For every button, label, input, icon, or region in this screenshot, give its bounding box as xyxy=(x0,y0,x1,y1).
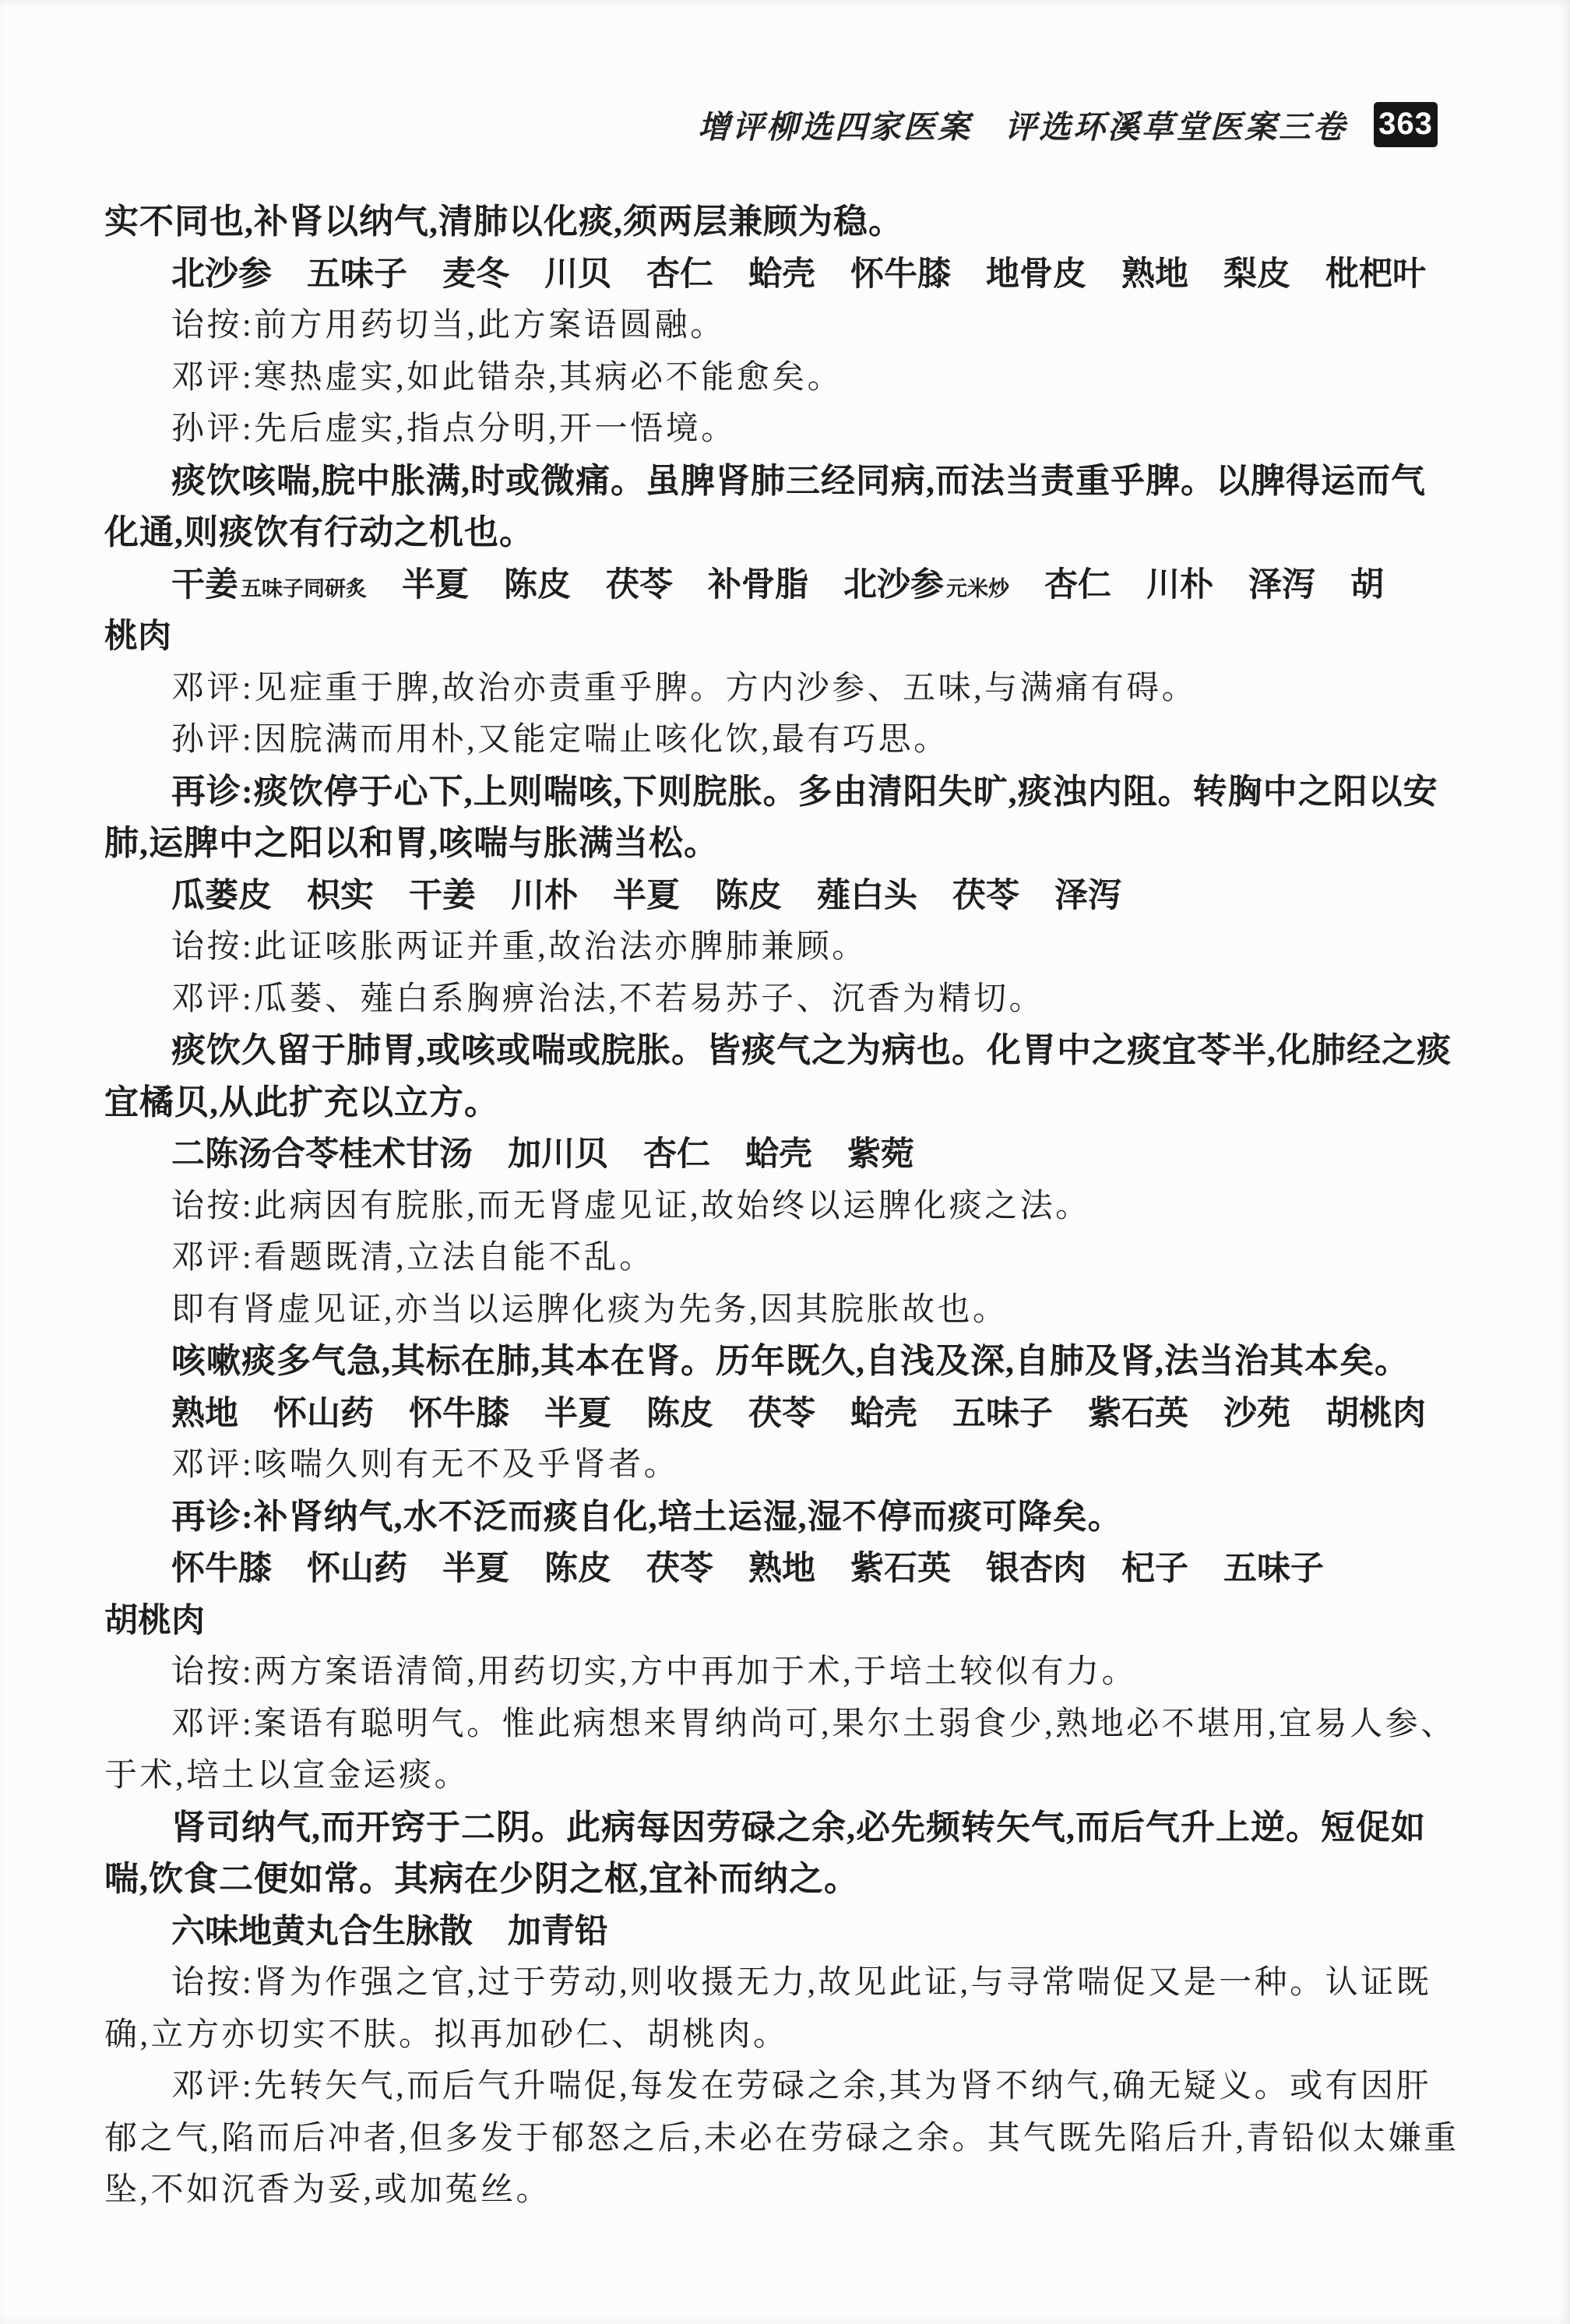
text-line: 孙评:先后虚实,指点分明,开一悟境。 xyxy=(104,403,1480,456)
text-line: 再诊:补肾纳气,水不泛而痰自化,培土运湿,湿不停而痰可降矣。 xyxy=(104,1491,1480,1544)
page-body: 实不同也,补肾以纳气,清肺以化痰,须两层兼顾为稳。北沙参五味子麦冬川贝杏仁蛤壳怀… xyxy=(104,196,1480,2217)
drug-item: 泽泻 xyxy=(1248,566,1315,604)
drug-item: 杏仁 xyxy=(646,255,713,293)
drug-item: 补骨脂 xyxy=(708,566,808,604)
drug-item: 熟地 xyxy=(1121,255,1188,293)
drug-line: 北沙参五味子麦冬川贝杏仁蛤壳怀牛膝地骨皮熟地梨皮枇杷叶 xyxy=(104,248,1480,301)
drug-item: 陈皮 xyxy=(715,877,782,914)
text-line: 诒按:此病因有脘胀,而无肾虚见证,故始终以运脾化痰之法。 xyxy=(104,1181,1480,1233)
drug-item: 胡桃肉 xyxy=(1325,1395,1426,1432)
drug-item: 桃肉 xyxy=(104,618,171,655)
text-line: 邓评:案语有聪明气。惟此病想来胃纳尚可,果尔土弱食少,熟地必不堪用,宜易人参、 xyxy=(104,1699,1480,1751)
drug-item: 六味地黄丸合生脉散 xyxy=(171,1913,473,1950)
text-line: 再诊:痰饮停于心下,上则喘咳,下则脘胀。多由清阳失旷,痰浊内阻。转胸中之阳以安 xyxy=(104,766,1480,819)
text-line: 咳嗽痰多气急,其标在肺,其本在肾。历年既久,自浅及深,自肺及肾,法当治其本矣。 xyxy=(104,1336,1480,1388)
text-line: 宜橘贝,从此扩充以立方。 xyxy=(104,1077,1480,1129)
drug-preparation-note: 五味子同研炙 xyxy=(241,577,367,600)
drug-item: 胡桃肉 xyxy=(104,1602,205,1639)
text-line: 诒按:前方用药切当,此方案语圆融。 xyxy=(104,300,1480,352)
text-line: 邓评:瓜蒌、薤白系胸痹治法,不若易苏子、沉香为精切。 xyxy=(104,974,1480,1026)
drug-item: 紫菀 xyxy=(847,1136,914,1173)
drug-item: 熟地 xyxy=(748,1550,815,1587)
drug-item: 加川贝 xyxy=(508,1136,608,1173)
drug-preparation-note: 元米炒 xyxy=(946,577,1009,600)
drug-item: 川朴 xyxy=(511,877,578,914)
text-line: 邓评:寒热虚实,如此错杂,其病必不能愈矣。 xyxy=(104,352,1480,404)
drug-item: 茯苓 xyxy=(748,1395,815,1432)
drug-line: 二陈汤合苓桂术甘汤加川贝杏仁蛤壳紫菀 xyxy=(104,1129,1480,1181)
drug-item: 茯苓 xyxy=(952,877,1019,914)
drug-item: 熟地 xyxy=(171,1395,238,1432)
drug-item: 陈皮 xyxy=(646,1395,713,1432)
drug-item: 半夏 xyxy=(442,1550,509,1587)
drug-item: 地骨皮 xyxy=(986,255,1086,293)
drug-item: 半夏 xyxy=(544,1395,611,1432)
drug-item: 怀山药 xyxy=(273,1395,374,1432)
drug-item: 紫石英 xyxy=(1088,1395,1188,1432)
drug-item: 五味子 xyxy=(307,255,407,293)
drug-item: 半夏 xyxy=(613,877,680,914)
text-line: 诒按:此证咳胀两证并重,故治法亦脾肺兼顾。 xyxy=(104,921,1480,974)
drug-item: 怀山药 xyxy=(307,1550,407,1587)
drug-item: 蛤壳 xyxy=(748,255,815,293)
drug-item: 半夏 xyxy=(402,566,469,604)
drug-item: 茯苓 xyxy=(606,566,673,604)
drug-line: 六味地黄丸合生脉散加青铅 xyxy=(104,1906,1480,1958)
book-page: 增评柳选四家医案 评选环溪草堂医案三卷 363 实不同也,补肾以纳气,清肺以化痰… xyxy=(0,0,1570,2324)
drug-item: 怀牛膝 xyxy=(409,1395,509,1432)
page-header: 增评柳选四家医案 评选环溪草堂医案三卷 363 xyxy=(698,101,1438,147)
drug-item: 五味子 xyxy=(952,1395,1053,1432)
drug-item: 陈皮 xyxy=(504,566,571,604)
text-line: 确,立方亦切实不肤。拟再加砂仁、胡桃肉。 xyxy=(104,2009,1480,2062)
drug-line: 胡桃肉 xyxy=(104,1595,1480,1647)
drug-item: 胡 xyxy=(1350,566,1384,604)
drug-item: 沙苑 xyxy=(1223,1395,1290,1432)
drug-line: 桃肉 xyxy=(104,611,1480,663)
drug-line: 干姜五味子同研炙半夏陈皮茯苓补骨脂北沙参元米炒杏仁川朴泽泻胡 xyxy=(104,559,1480,611)
text-line: 即有肾虚见证,亦当以运脾化痰为先务,因其脘胀故也。 xyxy=(104,1284,1480,1336)
drug-item: 杏仁 xyxy=(643,1136,710,1173)
drug-item: 北沙参 xyxy=(171,255,272,293)
drug-item: 五味子 xyxy=(1223,1550,1324,1587)
drug-item: 瓜蒌皮 xyxy=(171,877,272,914)
drug-item: 梨皮 xyxy=(1223,255,1290,293)
page-number-badge: 363 xyxy=(1374,102,1438,147)
text-line: 实不同也,补肾以纳气,清肺以化痰,须两层兼顾为稳。 xyxy=(104,196,1480,248)
drug-item: 干姜五味子同研炙 xyxy=(171,566,367,604)
drug-item: 麦冬 xyxy=(442,255,509,293)
text-line: 孙评:因脘满而用朴,又能定喘止咳化饮,最有巧思。 xyxy=(104,714,1480,766)
drug-item: 枇杷叶 xyxy=(1325,255,1426,293)
drug-item: 茯苓 xyxy=(646,1550,713,1587)
drug-item: 枳实 xyxy=(307,877,374,914)
text-line: 郁之气,陷而后冲者,但多发于郁怒之后,未必在劳碌之余。其气既先陷后升,青铅似太嫌… xyxy=(104,2113,1480,2165)
text-line: 肺,运脾中之阳以和胃,咳喘与胀满当松。 xyxy=(104,818,1480,870)
drug-item: 干姜 xyxy=(409,877,476,914)
drug-item: 泽泻 xyxy=(1054,877,1121,914)
header-volume-title: 评选环溪草堂医案三卷 xyxy=(1005,101,1347,147)
drug-line: 熟地怀山药怀牛膝半夏陈皮茯苓蛤壳五味子紫石英沙苑胡桃肉 xyxy=(104,1388,1480,1440)
text-line: 于术,培土以宣金运痰。 xyxy=(104,1750,1480,1802)
text-line: 诒按:肾为作强之官,过于劳动,则收摄无力,故见此证,与寻常喘促又是一种。认证既 xyxy=(104,1957,1480,2009)
text-line: 邓评:咳喘久则有无不及乎肾者。 xyxy=(104,1439,1480,1491)
drug-item: 加青铅 xyxy=(508,1913,608,1950)
drug-item: 川朴 xyxy=(1146,566,1213,604)
drug-item: 北沙参元米炒 xyxy=(843,566,1009,604)
drug-item: 杏仁 xyxy=(1044,566,1111,604)
drug-line: 怀牛膝怀山药半夏陈皮茯苓熟地紫石英银杏肉杞子五味子 xyxy=(104,1543,1480,1595)
text-line: 痰饮咳喘,脘中胀满,时或微痛。虽脾肾肺三经同病,而法当责重乎脾。以脾得运而气 xyxy=(104,456,1480,508)
drug-item: 陈皮 xyxy=(544,1550,611,1587)
drug-item: 二陈汤合苓桂术甘汤 xyxy=(171,1136,473,1173)
text-line: 坠,不如沉香为妥,或加菟丝。 xyxy=(104,2164,1480,2217)
text-line: 痰饮久留于肺胃,或咳或喘或脘胀。皆痰气之为病也。化胃中之痰宜苓半,化肺经之痰 xyxy=(104,1025,1480,1077)
text-line: 肾司纳气,而开窍于二阴。此病每因劳碌之余,必先频转矢气,而后气升上逆。短促如 xyxy=(104,1802,1480,1854)
text-line: 诒按:两方案语清简,用药切实,方中再加于术,于培土较似有力。 xyxy=(104,1646,1480,1699)
text-line: 邓评:见症重于脾,故治亦责重乎脾。方内沙参、五味,与满痛有碍。 xyxy=(104,663,1480,715)
drug-item: 怀牛膝 xyxy=(171,1550,272,1587)
drug-item: 川贝 xyxy=(544,255,611,293)
drug-item: 蛤壳 xyxy=(745,1136,812,1173)
drug-item: 杞子 xyxy=(1121,1550,1188,1587)
drug-item: 紫石英 xyxy=(850,1550,951,1587)
text-line: 邓评:先转矢气,而后气升喘促,每发在劳碌之余,其为肾不纳气,确无疑义。或有因肝 xyxy=(104,2061,1480,2113)
text-line: 化通,则痰饮有行动之机也。 xyxy=(104,507,1480,559)
drug-item: 蛤壳 xyxy=(850,1395,917,1432)
drug-line: 瓜蒌皮枳实干姜川朴半夏陈皮薤白头茯苓泽泻 xyxy=(104,870,1480,922)
text-line: 邓评:看题既清,立法自能不乱。 xyxy=(104,1232,1480,1284)
text-line: 喘,饮食二便如常。其病在少阴之枢,宜补而纳之。 xyxy=(104,1854,1480,1906)
drug-item: 薤白头 xyxy=(817,877,917,914)
drug-item: 银杏肉 xyxy=(986,1550,1086,1587)
drug-item: 怀牛膝 xyxy=(850,255,951,293)
header-series-title: 增评柳选四家医案 xyxy=(698,101,972,147)
